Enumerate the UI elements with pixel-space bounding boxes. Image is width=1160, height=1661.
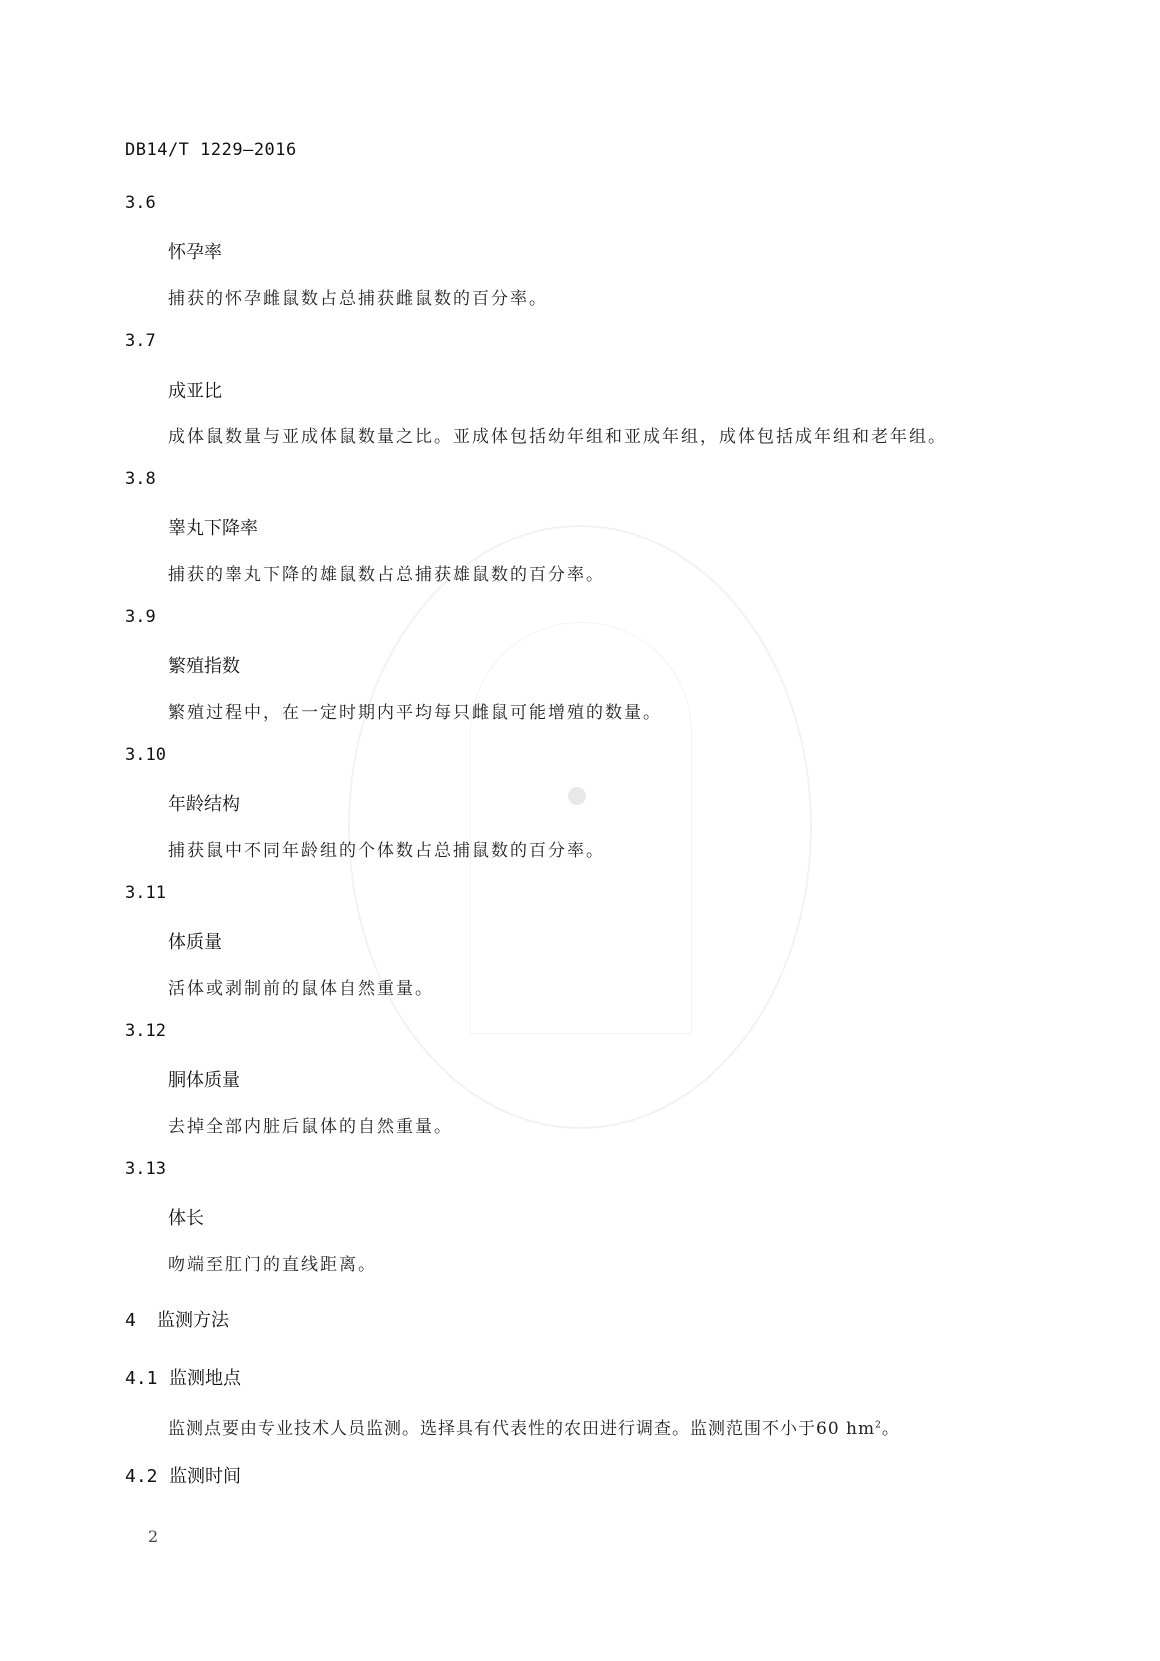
paragraph-text: 监测点要由专业技术人员监测。选择具有代表性的农田进行调查。监测范围不小于60 h…: [168, 1419, 875, 1439]
watermark-seal: [348, 525, 812, 1129]
clause-definition: 吻端至肛门的直线距离。: [168, 1250, 377, 1275]
clause-number: 3.11: [125, 883, 166, 903]
watermark-emblem-icon: [568, 787, 586, 805]
clause-number: 3.6: [125, 193, 156, 213]
clause-term: 成亚比: [168, 377, 222, 403]
clause-number: 3.12: [125, 1021, 166, 1041]
subsection-number: 4.2: [125, 1466, 169, 1487]
clause-term: 体质量: [168, 928, 222, 954]
paragraph-end: 。: [882, 1419, 900, 1439]
clause-definition: 活体或剥制前的鼠体自然重量。: [168, 974, 434, 999]
clause-number: 3.10: [125, 745, 166, 765]
clause-definition: 捕获鼠中不同年龄组的个体数占总捕鼠数的百分率。: [168, 836, 605, 861]
subsection-number: 4.1: [125, 1368, 169, 1389]
clause-definition: 捕获的睾丸下降的雄鼠数占总捕获雄鼠数的百分率。: [168, 560, 605, 585]
subsection-heading: 4.1监测地点: [125, 1364, 241, 1390]
subsection-paragraph: 监测点要由专业技术人员监测。选择具有代表性的农田进行调查。监测范围不小于60 h…: [168, 1414, 900, 1439]
clause-term: 体长: [168, 1204, 204, 1230]
section-heading: 4监测方法: [125, 1306, 229, 1332]
clause-definition: 繁殖过程中，在一定时期内平均每只雌鼠可能增殖的数量。: [168, 698, 662, 723]
clause-term: 胴体质量: [168, 1066, 240, 1092]
watermark-arch-shape: [470, 622, 692, 1034]
superscript: 2: [875, 1420, 882, 1430]
subsection-heading: 4.2监测时间: [125, 1462, 241, 1488]
clause-term: 睾丸下降率: [168, 514, 258, 540]
document-id: DB14/T 1229—2016: [125, 140, 297, 160]
page-number: 2: [148, 1527, 158, 1546]
clause-definition: 捕获的怀孕雌鼠数占总捕获雌鼠数的百分率。: [168, 284, 548, 309]
subsection-title: 监测地点: [169, 1368, 241, 1389]
clause-number: 3.8: [125, 469, 156, 489]
clause-number: 3.7: [125, 331, 156, 351]
section-title: 监测方法: [157, 1310, 229, 1331]
clause-term: 繁殖指数: [168, 652, 240, 678]
subsection-title: 监测时间: [169, 1466, 241, 1487]
clause-number: 3.9: [125, 607, 156, 627]
clause-definition: 成体鼠数量与亚成体鼠数量之比。亚成体包括幼年组和亚成年组，成体包括成年组和老年组…: [168, 422, 947, 447]
clause-term: 年龄结构: [168, 790, 240, 816]
document-page: DB14/T 1229—2016 3.6 怀孕率 捕获的怀孕雌鼠数占总捕获雌鼠数…: [0, 0, 1160, 1661]
clause-number: 3.13: [125, 1159, 166, 1179]
clause-term: 怀孕率: [168, 238, 222, 264]
clause-definition: 去掉全部内脏后鼠体的自然重量。: [168, 1112, 453, 1137]
section-number: 4: [125, 1310, 157, 1331]
